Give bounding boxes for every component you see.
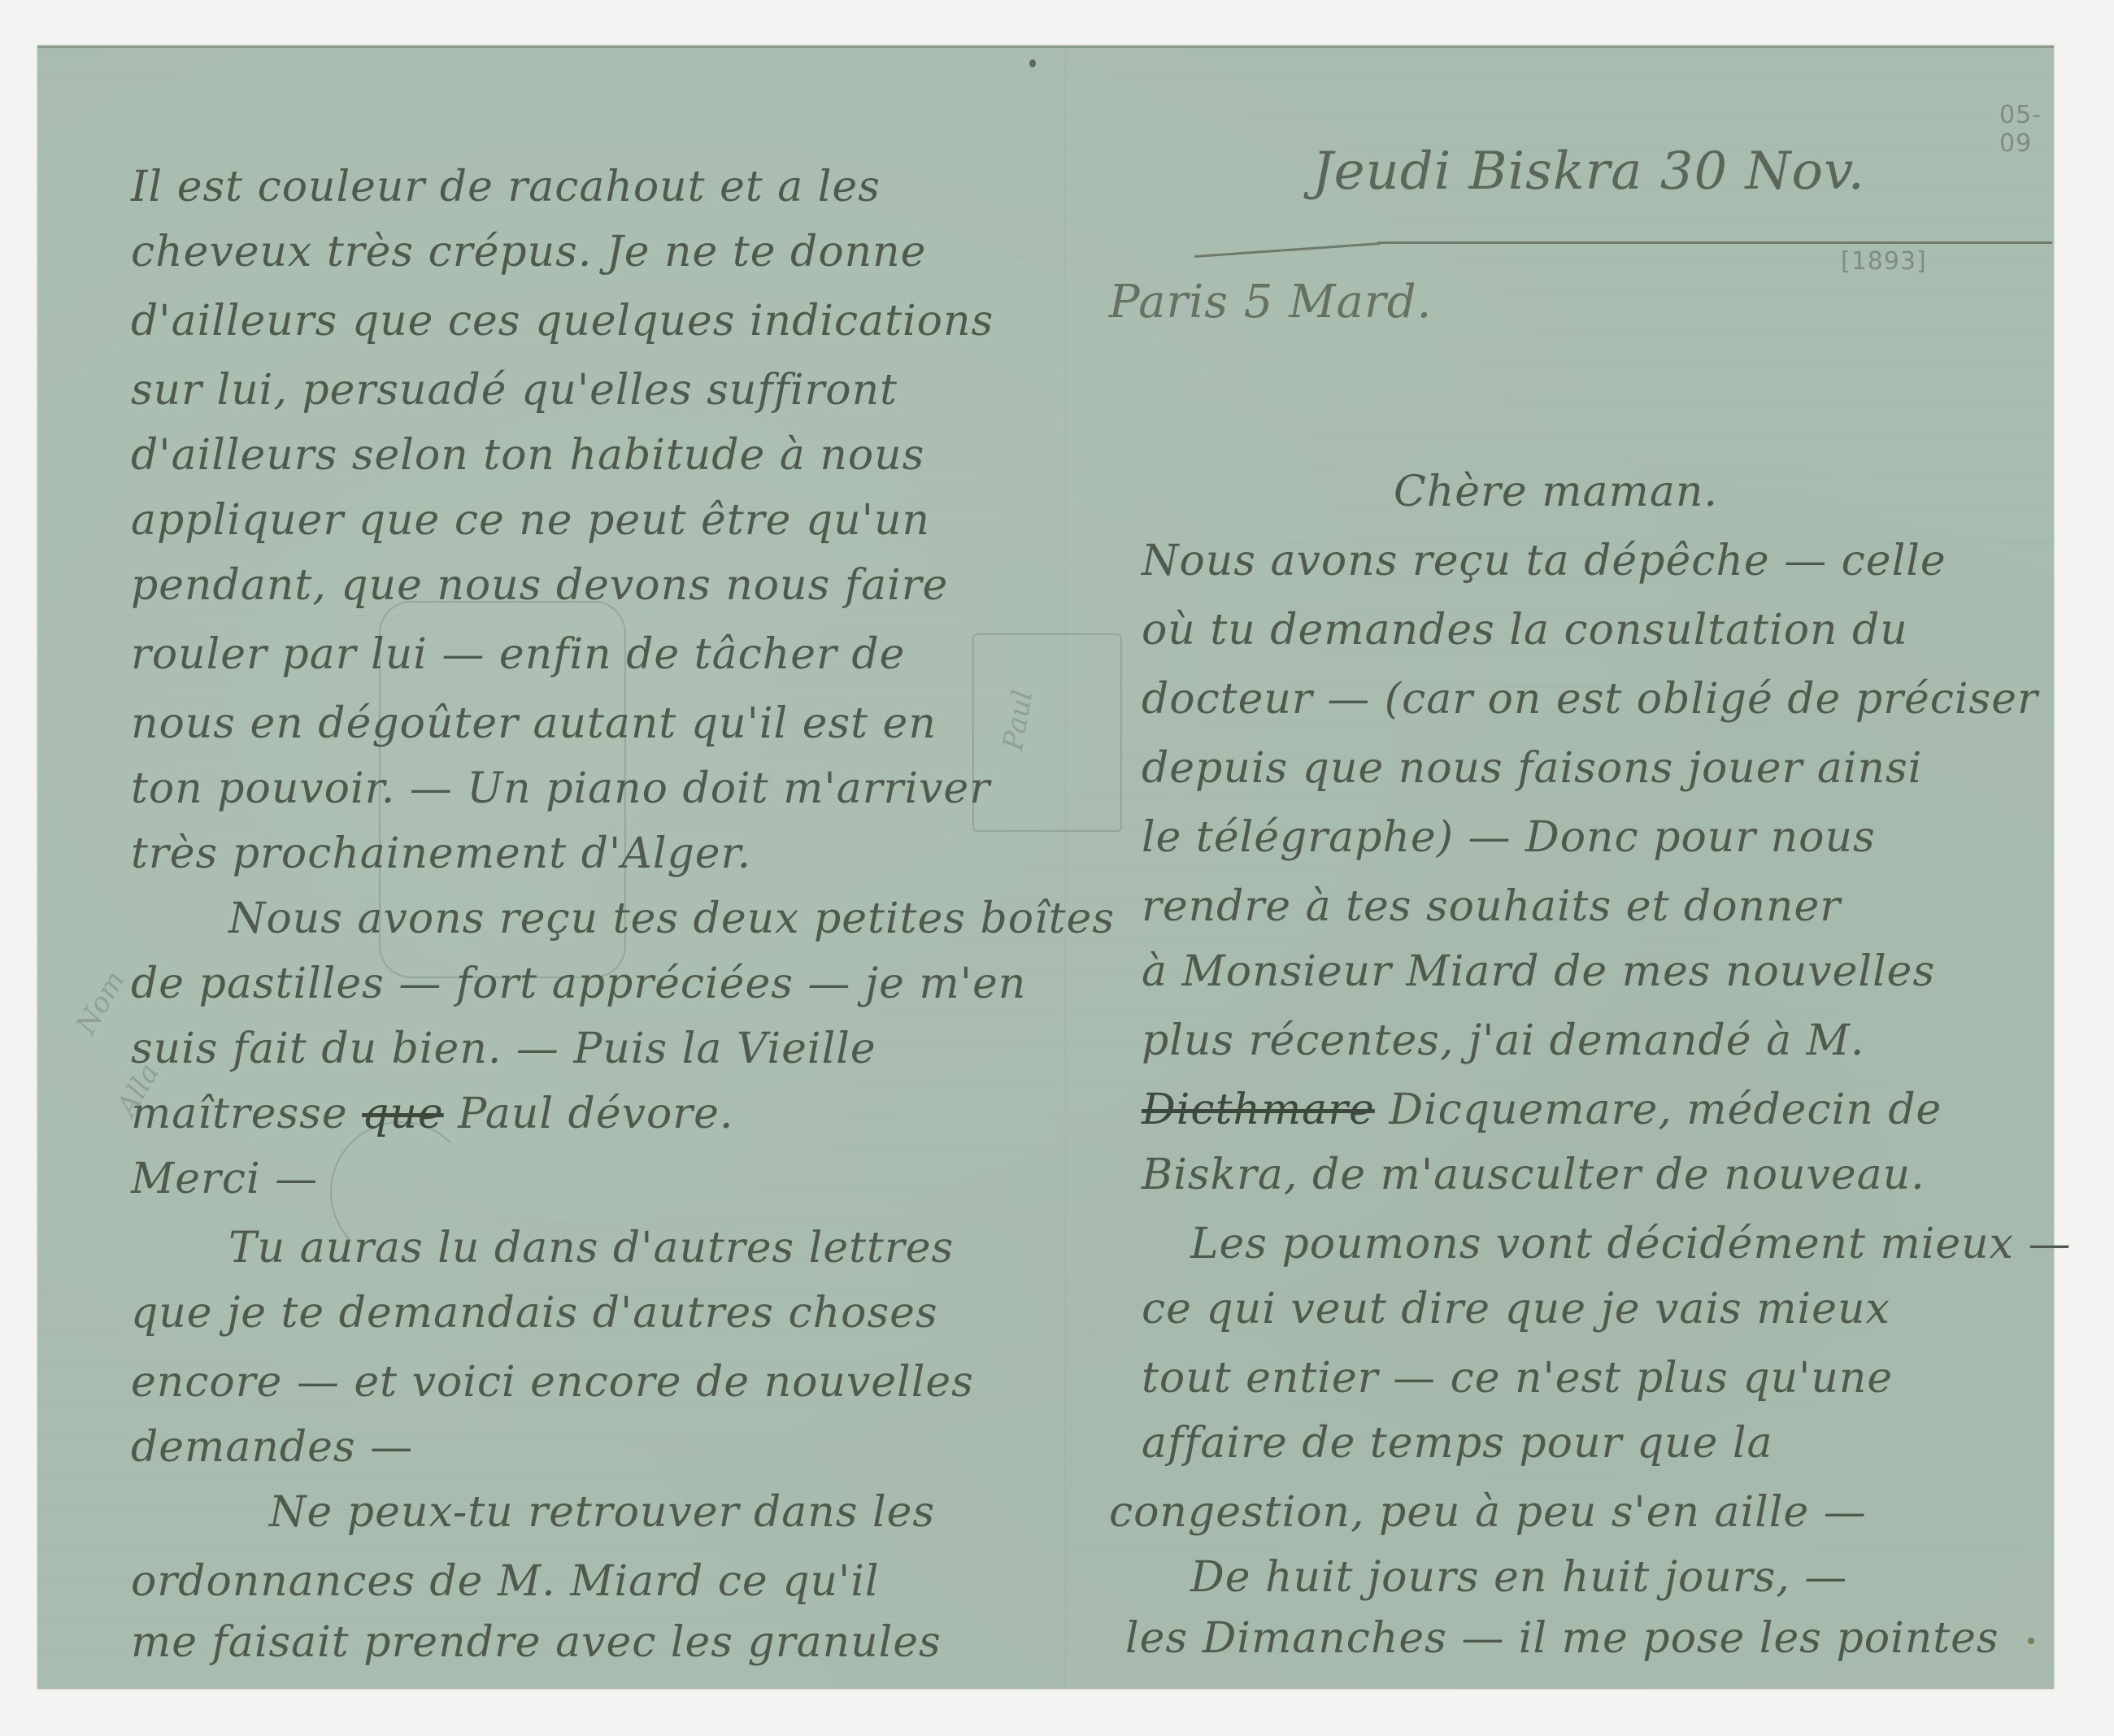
letter-line: Dicthmare Dicquemare, médecin de <box>1142 1089 1942 1131</box>
letter-line: cheveux très crépus. Je ne te donne <box>131 231 926 273</box>
letter-line: encore — et voici encore de nouvelles <box>131 1361 974 1403</box>
right-page: Jeudi Biskra 30 Nov. Paris 5 Mard. 05-09… <box>1068 48 2054 1689</box>
letter-line: que je te demandais d'autres choses <box>131 1292 938 1334</box>
letter-line: Il est couleur de racahout et a les <box>131 166 881 208</box>
dateline: Jeudi Biskra 30 Nov. <box>1312 146 1865 198</box>
letter-sheet: Nom Alla Paul Il est couleur de racahout… <box>37 46 2054 1689</box>
letter-line: Tu auras lu dans d'autres lettres <box>228 1227 954 1269</box>
letter-line: où tu demandes la consultation du <box>1142 609 1908 651</box>
letter-line: Biskra, de m'ausculter de nouveau. <box>1142 1154 1925 1196</box>
letter-line: rouler par lui — enfin de tâcher de <box>131 633 905 676</box>
letter-line: le télégraphe) — Donc pour nous <box>1142 816 1876 859</box>
letter-line: plus récentes, j'ai demandé à M. <box>1142 1020 1864 1062</box>
struck-word: que <box>362 1090 444 1138</box>
letter-line: ordonnances de M. Miard ce qu'il <box>131 1560 880 1603</box>
archival-year: [1893] <box>1841 247 1927 276</box>
letter-line: demandes — <box>131 1426 413 1468</box>
letter-line: docteur — (car on est obligé de préciser <box>1142 678 2038 720</box>
letter-line: Merci — <box>131 1158 318 1200</box>
letter-line: Ne peux-tu retrouver dans les <box>269 1491 935 1534</box>
salutation: Chère maman. <box>1394 471 1718 513</box>
letter-line: rendre à tes souhaits et donner <box>1142 885 1841 928</box>
received-note: Paris 5 Mard. <box>1109 280 1432 325</box>
letter-line: Nous avons reçu ta dépêche — celle <box>1142 540 1947 582</box>
letter-line: congestion, peu à peu s'en aille — <box>1109 1491 1867 1534</box>
letter-line: très prochainement d'Alger. <box>131 833 751 875</box>
letter-line: Nous avons reçu tes deux petites boîtes <box>228 898 1115 940</box>
letter-line: sur lui, persuadé qu'elles suffiront <box>131 369 898 411</box>
letter-text: Dicquemare, médecin de <box>1389 1086 1942 1134</box>
letter-line: affaire de temps pour que la <box>1142 1422 1773 1464</box>
struck-word: Dicthmare <box>1142 1086 1375 1134</box>
letter-line: pendant, que nous devons nous faire <box>131 564 948 607</box>
letter-text: Paul dévore. <box>444 1090 734 1138</box>
letter-text: maîtresse <box>131 1090 362 1138</box>
letter-line: ce qui veut dire que je vais mieux <box>1142 1288 1890 1330</box>
letter-line: les Dimanches — il me pose les pointes <box>1125 1617 1999 1660</box>
letter-line: ton pouvoir. — Un piano doit m'arriver <box>131 768 990 810</box>
letter-line: d'ailleurs que ces quelques indications <box>131 300 994 342</box>
letter-line: à Monsieur Miard de mes nouvelles <box>1142 951 1935 993</box>
letter-line: me faisait prendre avec les granules <box>131 1621 942 1664</box>
letter-text <box>1375 1086 1390 1134</box>
letter-line: appliquer que ce ne peut être qu'un <box>131 499 930 542</box>
letter-line: De huit jours en huit jours, — <box>1190 1556 1847 1599</box>
letter-line: depuis que nous faisons jouer ainsi <box>1142 747 1922 790</box>
letter-line: nous en dégoûter autant qu'il est en <box>131 703 937 745</box>
left-page: Il est couleur de racahout et a les chev… <box>37 48 1065 1689</box>
letter-line: d'ailleurs selon ton habitude à nous <box>131 434 924 476</box>
letter-line: Les poumons vont décidément mieux — <box>1190 1223 2071 1265</box>
ink-spot <box>2028 1638 2034 1644</box>
letter-line: tout entier — ce n'est plus qu'une <box>1142 1357 1893 1399</box>
header-rule <box>1377 241 2052 244</box>
letter-line: de pastilles — fort appréciées — je m'en <box>131 963 1026 1005</box>
letter-line: maîtresse que Paul dévore. <box>131 1093 733 1135</box>
archival-folio-number: 05-09 <box>1999 101 2054 158</box>
ink-spot <box>1029 59 1036 67</box>
header-rule <box>1194 242 1381 258</box>
letter-line: suis fait du bien. — Puis la Vieille <box>131 1028 876 1070</box>
